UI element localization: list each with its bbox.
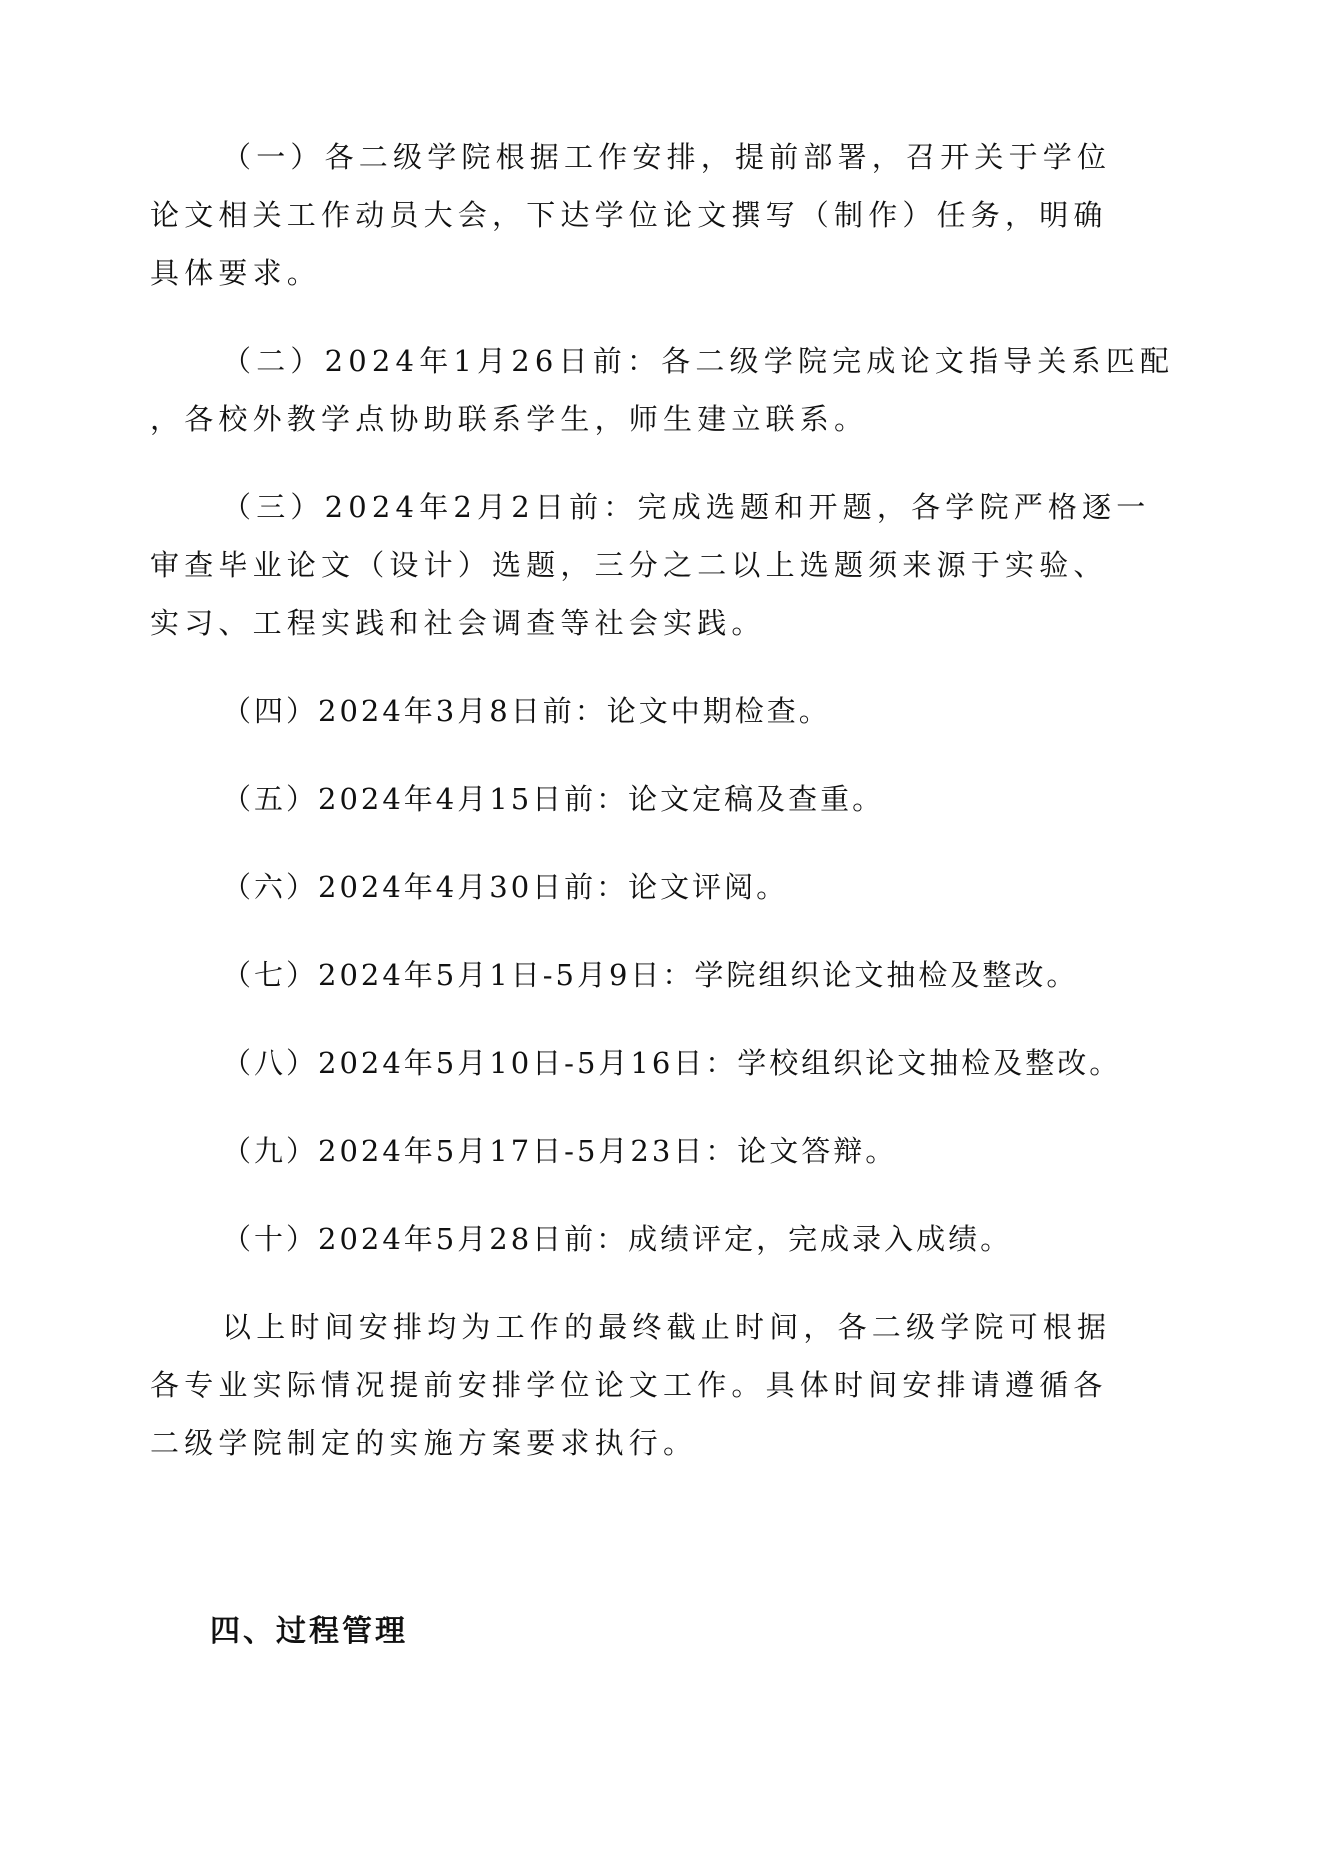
paragraph-line: 论文相关工作动员大会，下达学位论文撰写（制作）任务，明确 bbox=[150, 186, 982, 244]
paragraph-line: （五）2024年4月15日前：论文定稿及查重。 bbox=[150, 770, 982, 828]
paragraph-line: （三）2024年2月2日前：完成选题和开题，各学院严格逐一 bbox=[150, 478, 982, 536]
paragraph-line: （一）各二级学院根据工作安排，提前部署，召开关于学位 bbox=[150, 128, 982, 186]
paragraph-line: 审查毕业论文（设计）选题，三分之二以上选题须来源于实验、 bbox=[150, 536, 982, 594]
paragraph-line: 二级学院制定的实施方案要求执行。 bbox=[150, 1414, 982, 1472]
paragraph-line: 以上时间安排均为工作的最终截止时间，各二级学院可根据 bbox=[150, 1298, 982, 1356]
summary-paragraph: 以上时间安排均为工作的最终截止时间，各二级学院可根据 各专业实际情况提前安排学位… bbox=[150, 1298, 982, 1472]
schedule-item-8: （八）2024年5月10日-5月16日：学校组织论文抽检及整改。 bbox=[150, 1034, 982, 1092]
paragraph-line: （六）2024年4月30日前：论文评阅。 bbox=[150, 858, 982, 916]
schedule-item-2: （二）2024年1月26日前：各二级学院完成论文指导关系匹配 ，各校外教学点协助… bbox=[150, 332, 982, 448]
schedule-item-7: （七）2024年5月1日-5月9日：学院组织论文抽检及整改。 bbox=[150, 946, 982, 1004]
paragraph-line: ，各校外教学点协助联系学生，师生建立联系。 bbox=[150, 390, 982, 448]
schedule-item-10: （十）2024年5月28日前：成绩评定，完成录入成绩。 bbox=[150, 1210, 982, 1268]
paragraph-line: （九）2024年5月17日-5月23日：论文答辩。 bbox=[150, 1122, 982, 1180]
paragraph-line: （七）2024年5月1日-5月9日：学院组织论文抽检及整改。 bbox=[150, 946, 982, 1004]
paragraph-line: 具体要求。 bbox=[150, 244, 982, 302]
paragraph-line: （四）2024年3月8日前：论文中期检查。 bbox=[150, 682, 982, 740]
paragraph-line: 各专业实际情况提前安排学位论文工作。具体时间安排请遵循各 bbox=[150, 1356, 982, 1414]
schedule-item-9: （九）2024年5月17日-5月23日：论文答辩。 bbox=[150, 1122, 982, 1180]
schedule-item-5: （五）2024年4月15日前：论文定稿及查重。 bbox=[150, 770, 982, 828]
schedule-item-1: （一）各二级学院根据工作安排，提前部署，召开关于学位 论文相关工作动员大会，下达… bbox=[150, 128, 982, 302]
paragraph-line: 实习、工程实践和社会调查等社会实践。 bbox=[150, 594, 982, 652]
schedule-item-6: （六）2024年4月30日前：论文评阅。 bbox=[150, 858, 982, 916]
paragraph-line: （二）2024年1月26日前：各二级学院完成论文指导关系匹配 bbox=[150, 332, 982, 390]
document-page: （一）各二级学院根据工作安排，提前部署，召开关于学位 论文相关工作动员大会，下达… bbox=[0, 0, 1323, 1871]
schedule-item-4: （四）2024年3月8日前：论文中期检查。 bbox=[150, 682, 982, 740]
paragraph-line: （十）2024年5月28日前：成绩评定，完成录入成绩。 bbox=[150, 1210, 982, 1268]
paragraph-line: （八）2024年5月10日-5月16日：学校组织论文抽检及整改。 bbox=[150, 1034, 982, 1092]
section-heading: 四、过程管理 bbox=[210, 1612, 408, 1652]
schedule-item-3: （三）2024年2月2日前：完成选题和开题，各学院严格逐一 审查毕业论文（设计）… bbox=[150, 478, 982, 652]
document-body: （一）各二级学院根据工作安排，提前部署，召开关于学位 论文相关工作动员大会，下达… bbox=[150, 128, 982, 1502]
